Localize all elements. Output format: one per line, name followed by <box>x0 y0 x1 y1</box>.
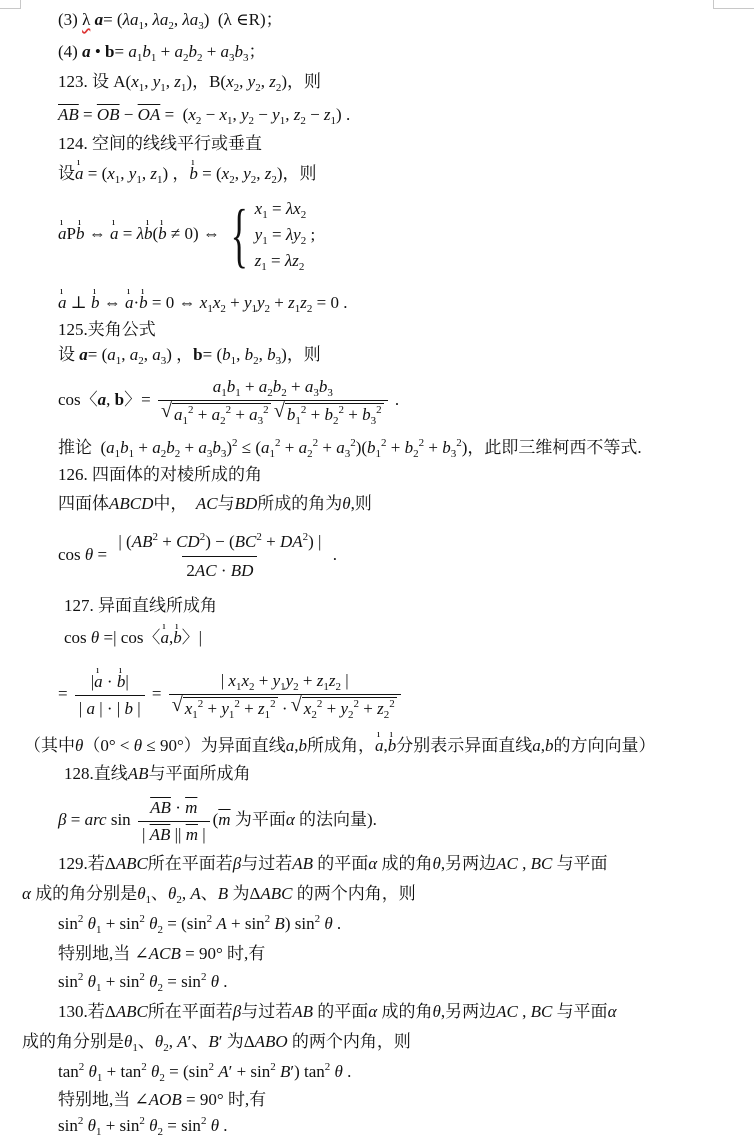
section-125-definition: 设 a= (a1, a2, a3) ，b= (b1, b2, b3)，则 <box>58 343 321 367</box>
formula-skew-lines-cos: cos θ =| cos〈a,b〉| <box>64 626 202 650</box>
section-129-special-case: 特别地,当 ∠ACB = 90° 时,有 <box>58 942 265 966</box>
section-126-title: 126. 四面体的对棱所成的角 <box>58 463 262 487</box>
formula-130-special: sin2 θ1 + sin2 θ2 = sin2 θ . <box>58 1114 228 1138</box>
section-127-title: 127. 异面直线所成角 <box>64 594 217 618</box>
formula-tetrahedron-angle: cos θ = | (AB2 + CD2) − (BC2 + DA2) | 2A… <box>58 525 337 585</box>
formula-130-general: tan2 θ1 + tan2 θ2 = (sin2 A′ + sin2 B′) … <box>58 1060 351 1084</box>
formula-dot-product: (4) a • b= a1b1 + a2b2 + a3b3； <box>58 40 266 64</box>
formula-skew-lines-expanded: = |a · b| | a | · | b | = | x1x2 + y1y2 … <box>58 664 404 724</box>
formula-parallel-condition: aPb ⇔ a = λb(b ≠ 0) ⇔ { x1 = λx2 y1 = λy… <box>58 196 315 272</box>
formula-cauchy-inequality: 推论 (a1b1 + a2b2 + a3b3)2 ≤ (a12 + a22 + … <box>58 436 642 460</box>
section-124-title: 124. 空间的线线平行或垂直 <box>58 132 262 156</box>
formula-scalar-multiplication: (3) λ a= (λa1, λa2, λa3) (λ ∈R)； <box>58 8 283 32</box>
section-128-title: 128.直线AB与平面所成角 <box>64 762 251 786</box>
section-129-line1: 129.若ΔABC所在平面若β与过若AB 的平面α 成的角θ,另两边AC , B… <box>58 852 608 876</box>
section-129-line2: α 成的角分别是θ1、θ2, A、B 为ΔABC 的两个内角，则 <box>22 882 416 906</box>
formula-129-special: sin2 θ1 + sin2 θ2 = sin2 θ . <box>58 970 228 994</box>
section-130-line1: 130.若ΔABC所在平面若β与过若AB 的平面α 成的角θ,另两边AC , B… <box>58 1000 617 1024</box>
section-124-definition: 设a = (x1, y1, z1) ，b = (x2, y2, z2)，则 <box>58 162 317 186</box>
formula-line-plane-angle: β = arc sin AB · m | AB || m | (m 为平面α 的… <box>58 790 377 850</box>
section-127-note: （其中θ（0° < θ ≤ 90°）为异面直线a,b所成角，a,b分别表示异面直… <box>24 734 656 758</box>
section-130-special-case: 特别地,当 ∠AOB = 90° 时,有 <box>58 1088 266 1112</box>
formula-129-general: sin2 θ1 + sin2 θ2 = (sin2 A + sin2 B) si… <box>58 912 341 936</box>
section-130-line2: 成的角分别是θ1、θ2, A′、B′ 为ΔABO 的两个内角，则 <box>22 1030 411 1054</box>
formula-vector-ab: AB = OB − OA = (x2 − x1, y2 − y1, z2 − z… <box>58 103 350 127</box>
formula-perpendicular-condition: a ⊥ b ⇔ a·b = 0 ⇔ x1x2 + y1y2 + z1z2 = 0… <box>58 291 347 315</box>
top-right-crop-mark <box>713 0 754 9</box>
section-125-title: 125.夹角公式 <box>58 318 156 342</box>
section-123-heading: 123. 设 A(x1, y1, z1)，B(x2, y2, z2)，则 <box>58 70 321 94</box>
top-left-crop-mark <box>0 0 21 9</box>
section-126-definition: 四面体ABCD中， AC与BD所成的角为θ,则 <box>58 492 372 516</box>
formula-cosine-angle: cos〈a, b〉= a1b1 + a2b2 + a3b3 a12 + a22 … <box>58 372 399 428</box>
